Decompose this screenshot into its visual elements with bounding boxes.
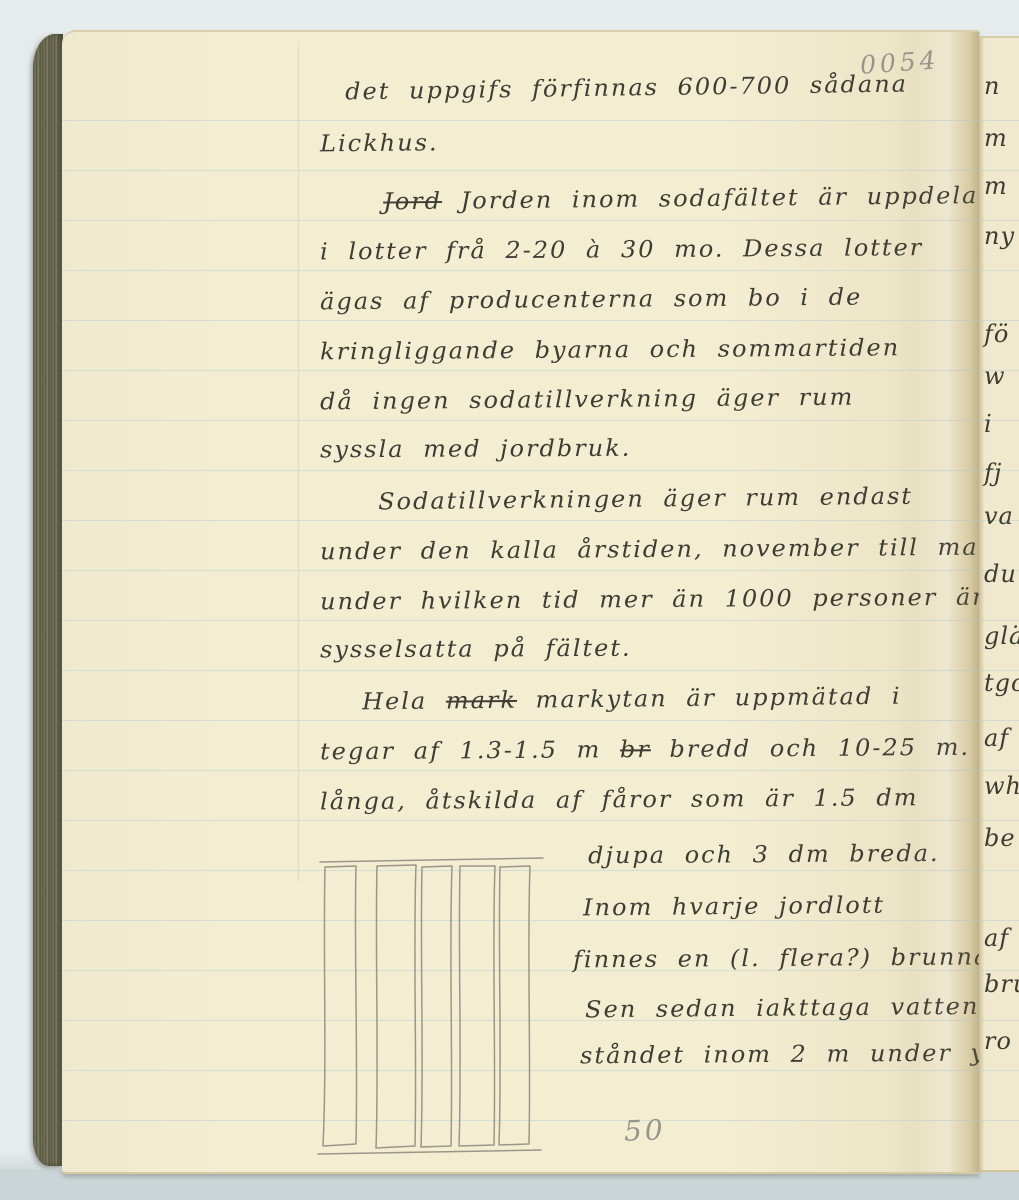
ink-line: ägas af producenterna som bo i de xyxy=(320,283,862,315)
ink-text: ägas af producenterna som bo i de xyxy=(320,283,862,315)
ink-text: Sen sedan iakttaga vatten= xyxy=(585,992,1002,1023)
ink-text: sysselsatta på fältet. xyxy=(320,634,632,663)
ruled-line xyxy=(62,370,979,371)
sketch-stroke xyxy=(318,1150,541,1154)
ruled-line xyxy=(62,770,979,771)
ink-line: under den kalla årstiden, november till … xyxy=(320,533,1016,565)
ink-line: Jord Jorden inom sodafältet är uppdelad xyxy=(383,182,996,216)
ink-line: då ingen sodatillverkning äger rum xyxy=(320,383,854,415)
ink-line: finnes en (l. flera?) brunnar. xyxy=(573,943,1011,973)
ink-text: Inom hvarje jordlott xyxy=(583,891,885,921)
scanned-notebook-page: 0054 det uppgifs förfinnas 600-700 sådan… xyxy=(0,0,1019,1200)
sketch-stroke xyxy=(459,866,495,1146)
next-page-word-fragment: af xyxy=(984,924,1009,952)
next-page-word-fragment: ro xyxy=(984,1027,1012,1055)
ink-text: syssla med jordbruk. xyxy=(320,434,631,463)
next-page-word-fragment: m xyxy=(984,124,1008,152)
next-page-edge: nmmnyföwifjvaduglätgoafwhbeafbruro xyxy=(979,36,1019,1172)
ruled-line xyxy=(979,820,1019,821)
ruled-line xyxy=(979,220,1019,221)
ruled-line xyxy=(979,1120,1019,1121)
ink-line: Sodatillverkningen äger rum endast xyxy=(378,482,913,515)
ruled-line xyxy=(979,870,1019,871)
ink-line: tegar af 1.3-1.5 m br bredd och 10-25 m. xyxy=(320,733,970,765)
notebook-page-stack-edge xyxy=(33,34,63,1166)
ink-text: bredd och 10-25 m. xyxy=(651,733,970,762)
ink-text: markytan är uppmätad i xyxy=(517,682,902,713)
ruled-line xyxy=(62,820,979,821)
ruled-line xyxy=(979,920,1019,921)
ink-line: sysselsatta på fältet. xyxy=(320,634,632,663)
ink-line: djupa och 3 dm breda. xyxy=(588,840,940,870)
next-page-word-fragment: wh xyxy=(984,772,1019,800)
ink-text: kringliggande byarna och sommartiden xyxy=(320,334,900,365)
ink-line: ståndet inom 2 m under ytan. xyxy=(580,1039,1019,1069)
field-strips-sketch xyxy=(310,850,550,1162)
ink-text: det uppgifs förfinnas 600-700 sådana xyxy=(345,70,908,105)
ruled-line xyxy=(62,720,979,721)
ink-line: i lotter frå 2-20 à 30 mo. Dessa lotter xyxy=(320,234,923,265)
ink-text: Hela xyxy=(362,687,446,715)
ruled-line xyxy=(62,520,979,521)
ink-text: långa, åtskilda af fåror som är 1.5 dm xyxy=(320,784,919,815)
ink-text: ståndet inom 2 m under ytan. xyxy=(580,1039,1019,1069)
ink-text: i lotter frå 2-20 à 30 mo. Dessa lotter xyxy=(320,234,923,265)
ink-line: Sen sedan iakttaga vatten= xyxy=(585,992,1002,1023)
ink-text: djupa och 3 dm breda. xyxy=(588,840,940,870)
ink-text: under den kalla årstiden, november till … xyxy=(320,533,1016,565)
sketch-stroke xyxy=(376,865,416,1148)
ruled-line xyxy=(979,170,1019,171)
struck-word: br xyxy=(620,736,651,763)
next-page-word-fragment: tgo xyxy=(984,669,1019,697)
notebook-left-page: 0054 det uppgifs förfinnas 600-700 sådan… xyxy=(62,30,979,1174)
next-page-word-fragment: va xyxy=(984,502,1014,530)
page-crease xyxy=(298,42,301,882)
ruled-line xyxy=(62,120,979,121)
scanner-background xyxy=(0,1170,1019,1200)
next-page-word-fragment: m xyxy=(984,172,1008,200)
ink-text: Jorden inom sodafältet är uppdelad xyxy=(442,182,996,215)
next-page-word-fragment: fö xyxy=(984,320,1009,348)
ruled-line xyxy=(979,770,1019,771)
sketch-stroke xyxy=(421,866,452,1147)
next-page-word-fragment: af xyxy=(984,724,1009,752)
next-page-word-fragment: du xyxy=(984,560,1017,588)
next-page-word-fragment: w xyxy=(984,362,1006,390)
ink-text: finnes en (l. flera?) brunnar. xyxy=(573,943,1011,973)
ruled-line xyxy=(979,120,1019,121)
ink-line: det uppgifs förfinnas 600-700 sådana xyxy=(345,70,908,105)
page-number: 50 xyxy=(623,1113,666,1147)
ink-line: långa, åtskilda af fåror som är 1.5 dm xyxy=(320,784,919,815)
ink-text: Lickhus. xyxy=(320,129,439,157)
ruled-line xyxy=(62,420,979,421)
ruled-line xyxy=(979,620,1019,621)
ruled-line xyxy=(62,670,979,671)
next-page-word-fragment: bru xyxy=(984,970,1019,998)
next-page-word-fragment: glä xyxy=(984,622,1019,650)
ruled-line xyxy=(62,470,979,471)
struck-word: mark xyxy=(446,686,517,714)
ink-text: då ingen sodatillverkning äger rum xyxy=(320,383,854,415)
next-page-word-fragment: ny xyxy=(984,222,1015,250)
ink-line: syssla med jordbruk. xyxy=(320,434,631,463)
ink-text: tegar af 1.3-1.5 m xyxy=(320,736,620,765)
ruled-line xyxy=(979,1070,1019,1071)
ruled-line xyxy=(62,270,979,271)
ruled-line xyxy=(979,1020,1019,1021)
sketch-stroke xyxy=(499,866,530,1145)
next-page-word-fragment: be xyxy=(984,824,1016,852)
ruled-line xyxy=(62,620,979,621)
ruled-line xyxy=(62,570,979,571)
ink-text: under hvilken tid mer än 1000 personer ä… xyxy=(320,583,986,615)
ruled-line xyxy=(62,170,979,171)
ink-line: Lickhus. xyxy=(320,129,439,157)
next-page-word-fragment: i xyxy=(984,410,993,438)
sketch-stroke xyxy=(323,866,357,1146)
next-page-word-fragment: n xyxy=(984,72,1000,100)
ink-line: kringliggande byarna och sommartiden xyxy=(320,334,900,365)
next-page-word-fragment: fj xyxy=(984,459,1002,487)
ruled-line xyxy=(979,720,1019,721)
ink-line: under hvilken tid mer än 1000 personer ä… xyxy=(320,583,986,615)
ruled-line xyxy=(62,320,979,321)
struck-word: Jord xyxy=(383,187,442,215)
ruled-line xyxy=(62,220,979,221)
ruled-line xyxy=(979,270,1019,271)
ink-line: Inom hvarje jordlott xyxy=(583,891,885,921)
sketch-stroke xyxy=(320,858,543,862)
ink-line: Hela mark markytan är uppmätad i xyxy=(362,682,902,715)
ink-text: Sodatillverkningen äger rum endast xyxy=(378,482,913,515)
